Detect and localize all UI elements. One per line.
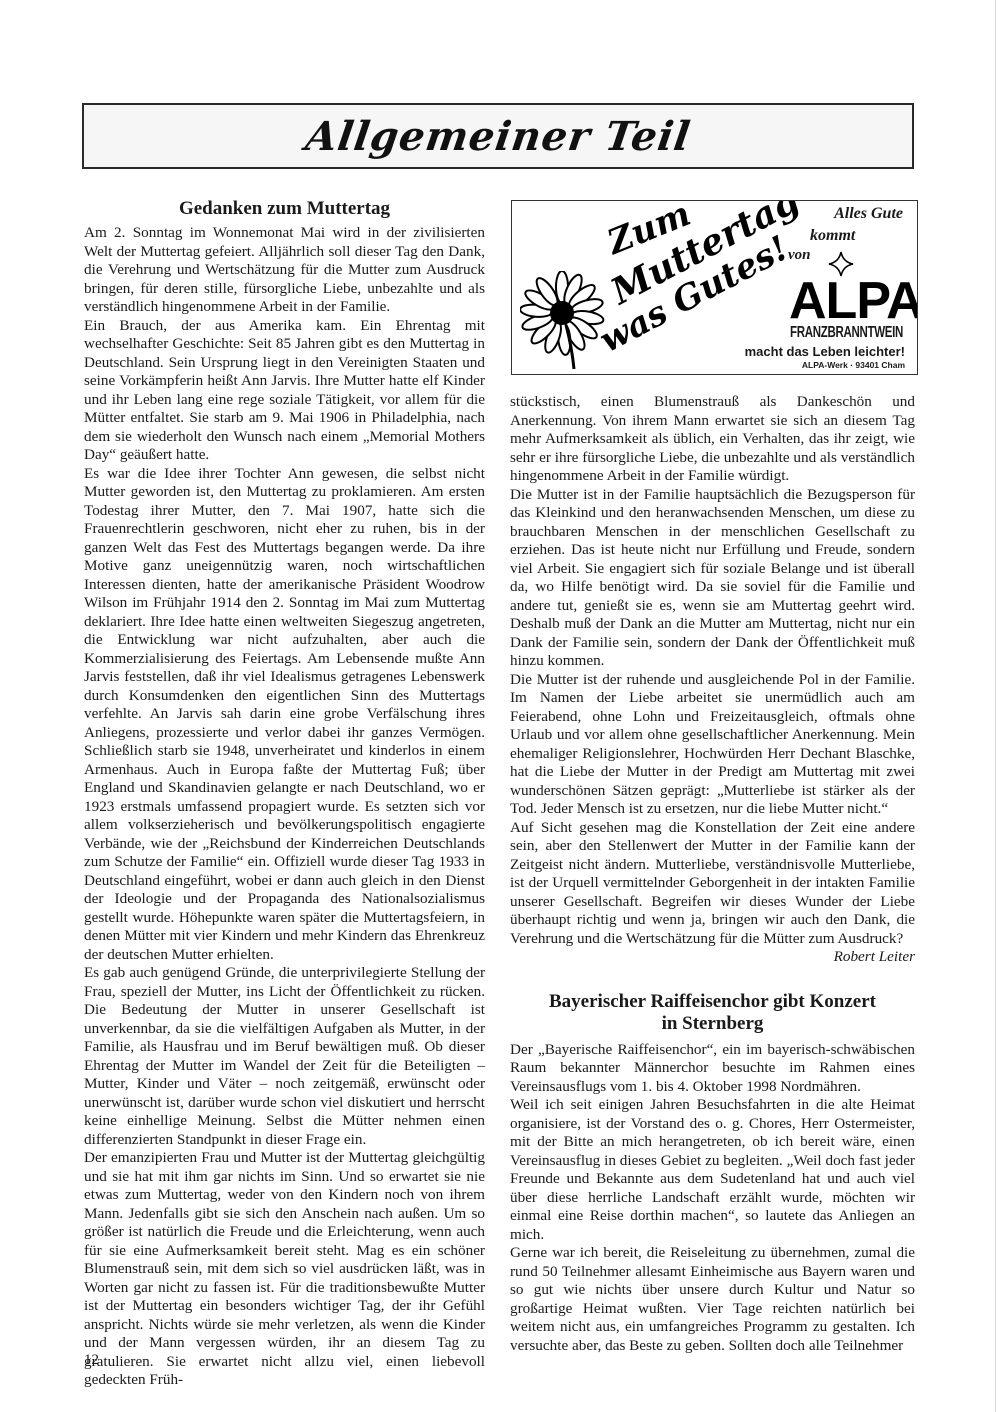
paragraph: Am 2. Sonntag im Wonnemonat Mai wird in … bbox=[84, 224, 485, 317]
advertisement: Zum Muttertag was Gutes! Alles Gute komm… bbox=[511, 200, 918, 375]
ad-kommt: kommt bbox=[810, 227, 855, 245]
article-title-2-line1: Bayerischer Raiffeisenchor gibt Konzert bbox=[549, 991, 876, 1012]
paragraph: Die Mutter ist der ruhende und ausgleich… bbox=[510, 671, 915, 819]
paragraph: Auf Sicht gesehen mag die Konstellation … bbox=[510, 819, 915, 949]
paragraph: Es gab auch genügend Gründe, die unterpr… bbox=[84, 964, 485, 1149]
left-column: Gedanken zum Muttertag Am 2. Sonntag im … bbox=[84, 198, 485, 1390]
article-title-2-line2: in Sternberg bbox=[662, 1013, 764, 1034]
paragraph: stückstisch, einen Blumenstrauß als Dank… bbox=[510, 393, 915, 486]
ad-brand: ALPA bbox=[789, 275, 918, 327]
flower-icon bbox=[520, 271, 610, 371]
article-title-2: Bayerischer Raiffeisenchor gibt Konzert … bbox=[510, 991, 915, 1035]
ad-alles-gute: Alles Gute bbox=[834, 205, 903, 223]
paragraph: Ein Brauch, der aus Amerika kam. Ein Ehr… bbox=[84, 317, 485, 465]
paragraph: Weil ich seit einigen Jahren Besuchsfahr… bbox=[510, 1096, 915, 1244]
ad-slogan: macht das Leben leichter! bbox=[745, 344, 905, 359]
ad-address: ALPA-Werk · 93401 Cham bbox=[802, 360, 905, 370]
paragraph: Der emanzipierten Frau und Mutter ist de… bbox=[84, 1149, 485, 1390]
page-edge-line bbox=[995, 0, 996, 1412]
ad-product: FRANZBRANNTWEIN bbox=[790, 325, 903, 342]
page-number: 12 bbox=[84, 1352, 99, 1369]
paragraph: Die Mutter ist in der Familie hauptsächl… bbox=[510, 486, 915, 671]
paragraph: Gerne war ich bereit, die Reiseleitung z… bbox=[510, 1244, 915, 1355]
section-banner: Allgemeiner Teil bbox=[82, 103, 914, 169]
ad-von: von bbox=[788, 247, 811, 264]
section-title: Allgemeiner Teil bbox=[303, 113, 694, 160]
article-title: Gedanken zum Muttertag bbox=[84, 198, 485, 220]
paragraph: Es war die Idee ihrer Tochter Ann gewese… bbox=[84, 465, 485, 965]
author-signature: Robert Leiter bbox=[510, 948, 915, 967]
paragraph: Der „Bayerische Raiffeisenchor“, ein im … bbox=[510, 1041, 915, 1097]
right-column: stückstisch, einen Blumenstrauß als Dank… bbox=[510, 393, 915, 1355]
